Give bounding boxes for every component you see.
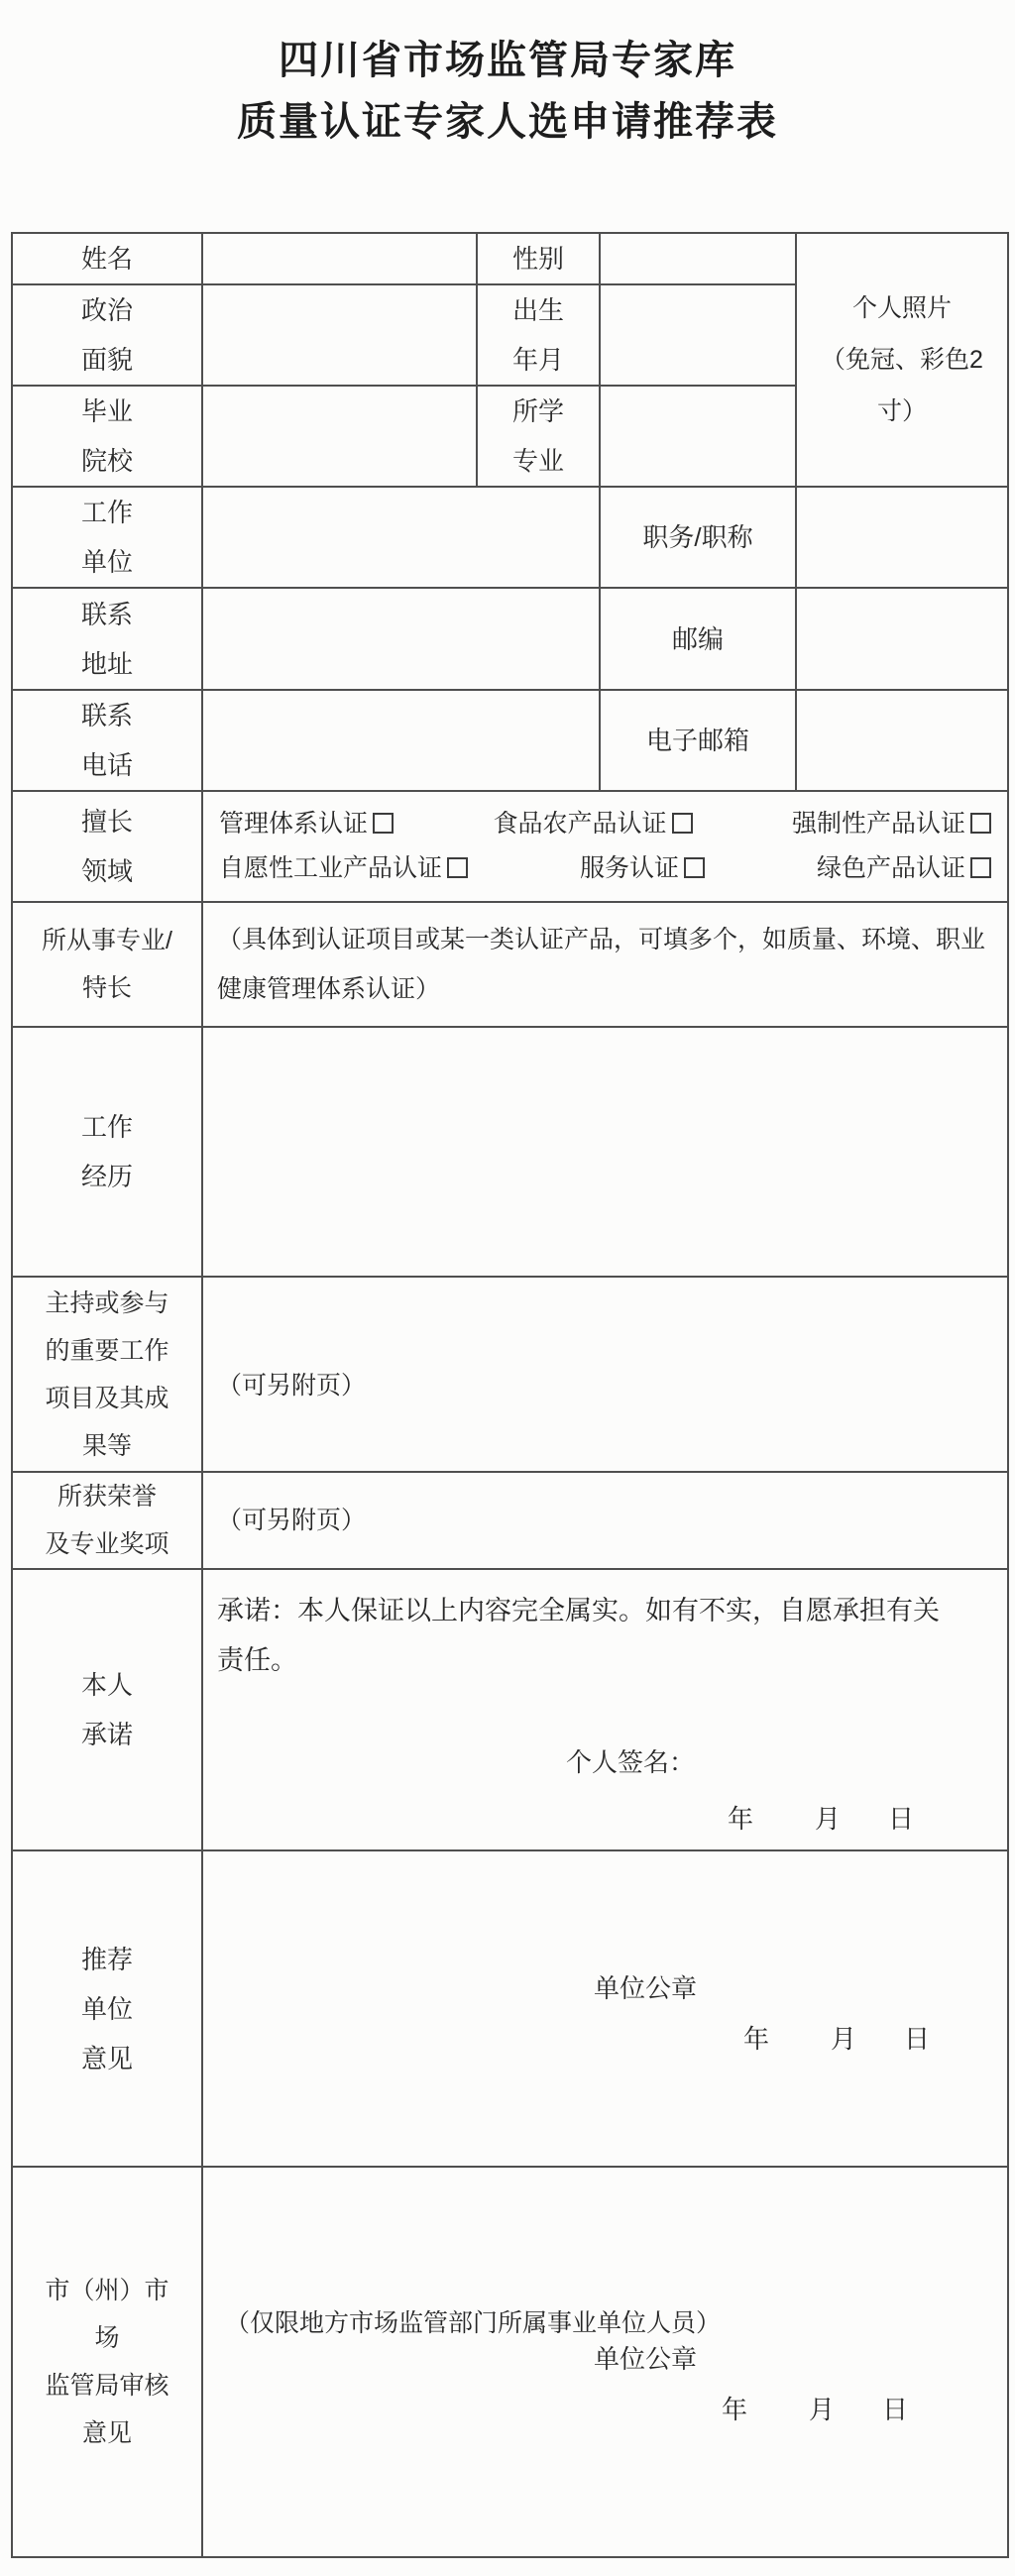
review-date-line: 年月日 [217, 2390, 993, 2426]
table-row: 工作 经历 [12, 1027, 1008, 1277]
gender-value-cell[interactable] [600, 233, 796, 284]
expertise-field-label: 擅长 领域 [12, 791, 202, 902]
name-value-cell[interactable] [202, 233, 477, 284]
birth-date-value-cell[interactable] [600, 284, 796, 386]
commitment-statement: 承诺：本人保证以上内容完全属实。如有不实，自愿承担有关 责任。 [217, 1586, 993, 1685]
checkbox-icon[interactable] [447, 857, 468, 878]
day-label: 日 [882, 2395, 908, 2424]
job-title-value-cell[interactable] [796, 487, 1008, 588]
review-opinion-content: （仅限地方市场监管部门所属事业单位人员） 单位公章 年月日 [217, 2303, 993, 2426]
graduate-school-value-cell[interactable] [202, 386, 477, 487]
form-title-line2: 质量认证专家人选申请推荐表 [0, 91, 1015, 153]
expertise-option: 服务认证 [580, 846, 705, 891]
contact-phone-value-cell[interactable] [202, 690, 600, 791]
checkbox-icon[interactable] [684, 857, 705, 878]
graduate-school-label: 毕业 院校 [12, 386, 202, 487]
month-label: 月 [809, 2395, 835, 2424]
table-row: 推荐 单位 意见 单位公章 年月日 [12, 1850, 1008, 2167]
gender-label: 性别 [477, 233, 600, 284]
name-label: 姓名 [12, 233, 202, 284]
profession-specialty-label: 所从事专业/ 特长 [12, 902, 202, 1027]
food-agri-cert-label: 食品农产品认证 [493, 810, 666, 838]
work-unit-label: 工作 单位 [12, 487, 202, 588]
email-value-cell[interactable] [796, 690, 1008, 791]
recommending-unit-opinion-cell[interactable]: 单位公章 年月日 [202, 1850, 1008, 2167]
expertise-option: 自愿性工业产品认证 [219, 846, 468, 891]
voluntary-industrial-cert-label: 自愿性工业产品认证 [219, 854, 442, 882]
job-title-label: 职务/职称 [600, 487, 796, 588]
commitment-date-line: 年月日 [217, 1799, 993, 1836]
year-label: 年 [743, 2024, 769, 2054]
month-label: 月 [831, 2024, 856, 2054]
personal-commitment-cell: 承诺：本人保证以上内容完全属实。如有不实，自愿承担有关 责任。 个人签名： 年月… [202, 1569, 1008, 1850]
table-row: 所从事专业/ 特长 （具体到认证项目或某一类认证产品，可填多个，如质量、环境、职… [12, 902, 1008, 1027]
political-status-label: 政治 面貌 [12, 284, 202, 386]
year-label: 年 [728, 1804, 753, 1834]
city-bureau-review-label: 市（州）市 场 监管局审核 意见 [12, 2167, 202, 2557]
application-form-table: 姓名 性别 个人照片 （免冠、彩色2 寸） 政治 面貌 出生 年月 毕业 院校 … [11, 232, 1009, 2558]
honors-awards-label: 所获荣誉 及专业奖项 [12, 1472, 202, 1569]
table-row: 所获荣誉 及专业奖项 （可另附页） [12, 1472, 1008, 1569]
unit-seal-label: 单位公章 [217, 2339, 993, 2376]
table-row: 联系 地址 邮编 [12, 588, 1008, 690]
day-label: 日 [888, 1804, 914, 1834]
unit-seal-label: 单位公章 [217, 1968, 993, 2005]
review-scope-note: （仅限地方市场监管部门所属事业单位人员） [217, 2303, 993, 2339]
table-row: 姓名 性别 个人照片 （免冠、彩色2 寸） [12, 233, 1008, 284]
recommending-unit-opinion-label: 推荐 单位 意见 [12, 1850, 202, 2167]
expertise-option: 食品农产品认证 [493, 802, 692, 846]
political-status-value-cell[interactable] [202, 284, 477, 386]
management-cert-label: 管理体系认证 [219, 810, 368, 838]
checkbox-icon[interactable] [970, 813, 991, 834]
work-experience-label: 工作 经历 [12, 1027, 202, 1277]
recommend-opinion-content: 单位公章 年月日 [217, 1968, 993, 2056]
checkbox-icon[interactable] [970, 857, 991, 878]
contact-phone-label: 联系 电话 [12, 690, 202, 791]
green-product-cert-label: 绿色产品认证 [817, 854, 965, 882]
major-value-cell[interactable] [600, 386, 796, 487]
expertise-options-row1: 管理体系认证 食品农产品认证 强制性产品认证 [219, 802, 991, 846]
expertise-options-row2: 自愿性工业产品认证 服务认证 绿色产品认证 [219, 846, 991, 891]
year-label: 年 [722, 2395, 747, 2424]
work-experience-value-cell[interactable] [202, 1027, 1008, 1277]
month-label: 月 [815, 1804, 841, 1834]
form-title-line1: 四川省市场监管局专家库 [0, 30, 1015, 91]
postcode-value-cell[interactable] [796, 588, 1008, 690]
email-label: 电子邮箱 [600, 690, 796, 791]
day-label: 日 [904, 2024, 930, 2054]
checkbox-icon[interactable] [672, 813, 693, 834]
birth-date-label: 出生 年月 [477, 284, 600, 386]
work-unit-value-cell[interactable] [202, 487, 600, 588]
honors-awards-value-cell[interactable]: （可另附页） [202, 1472, 1008, 1569]
contact-address-label: 联系 地址 [12, 588, 202, 690]
table-row: 擅长 领域 管理体系认证 食品农产品认证 强制性产品认证 自愿性工业产品认证 服… [12, 791, 1008, 902]
table-row: 本人 承诺 承诺：本人保证以上内容完全属实。如有不实，自愿承担有关 责任。 个人… [12, 1569, 1008, 1850]
postcode-label: 邮编 [600, 588, 796, 690]
checkbox-icon[interactable] [373, 813, 394, 834]
form-title: 四川省市场监管局专家库 质量认证专家人选申请推荐表 [0, 0, 1015, 153]
table-row: 联系 电话 电子邮箱 [12, 690, 1008, 791]
expertise-option: 强制性产品认证 [792, 802, 991, 846]
photo-area[interactable]: 个人照片 （免冠、彩色2 寸） [796, 233, 1008, 487]
recommend-date-line: 年月日 [217, 2019, 993, 2056]
major-projects-label: 主持或参与 的重要工作 项目及其成 果等 [12, 1277, 202, 1472]
table-row: 工作 单位 职务/职称 [12, 487, 1008, 588]
personal-commitment-label: 本人 承诺 [12, 1569, 202, 1850]
service-cert-label: 服务认证 [580, 854, 679, 882]
contact-address-value-cell[interactable] [202, 588, 600, 690]
table-row: 市（州）市 场 监管局审核 意见 （仅限地方市场监管部门所属事业单位人员） 单位… [12, 2167, 1008, 2557]
major-projects-value-cell[interactable]: （可另附页） [202, 1277, 1008, 1472]
expertise-options-cell: 管理体系认证 食品农产品认证 强制性产品认证 自愿性工业产品认证 服务认证 绿色… [202, 791, 1008, 902]
city-bureau-review-cell[interactable]: （仅限地方市场监管部门所属事业单位人员） 单位公章 年月日 [202, 2167, 1008, 2557]
expertise-option: 管理体系认证 [219, 802, 394, 846]
table-row: 主持或参与 的重要工作 项目及其成 果等 （可另附页） [12, 1277, 1008, 1472]
profession-specialty-value-cell[interactable]: （具体到认证项目或某一类认证产品，可填多个，如质量、环境、职业 健康管理体系认证… [202, 902, 1008, 1027]
compulsory-product-cert-label: 强制性产品认证 [792, 810, 965, 838]
expertise-option: 绿色产品认证 [817, 846, 991, 891]
signature-label: 个人签名： [217, 1742, 993, 1779]
major-label: 所学 专业 [477, 386, 600, 487]
